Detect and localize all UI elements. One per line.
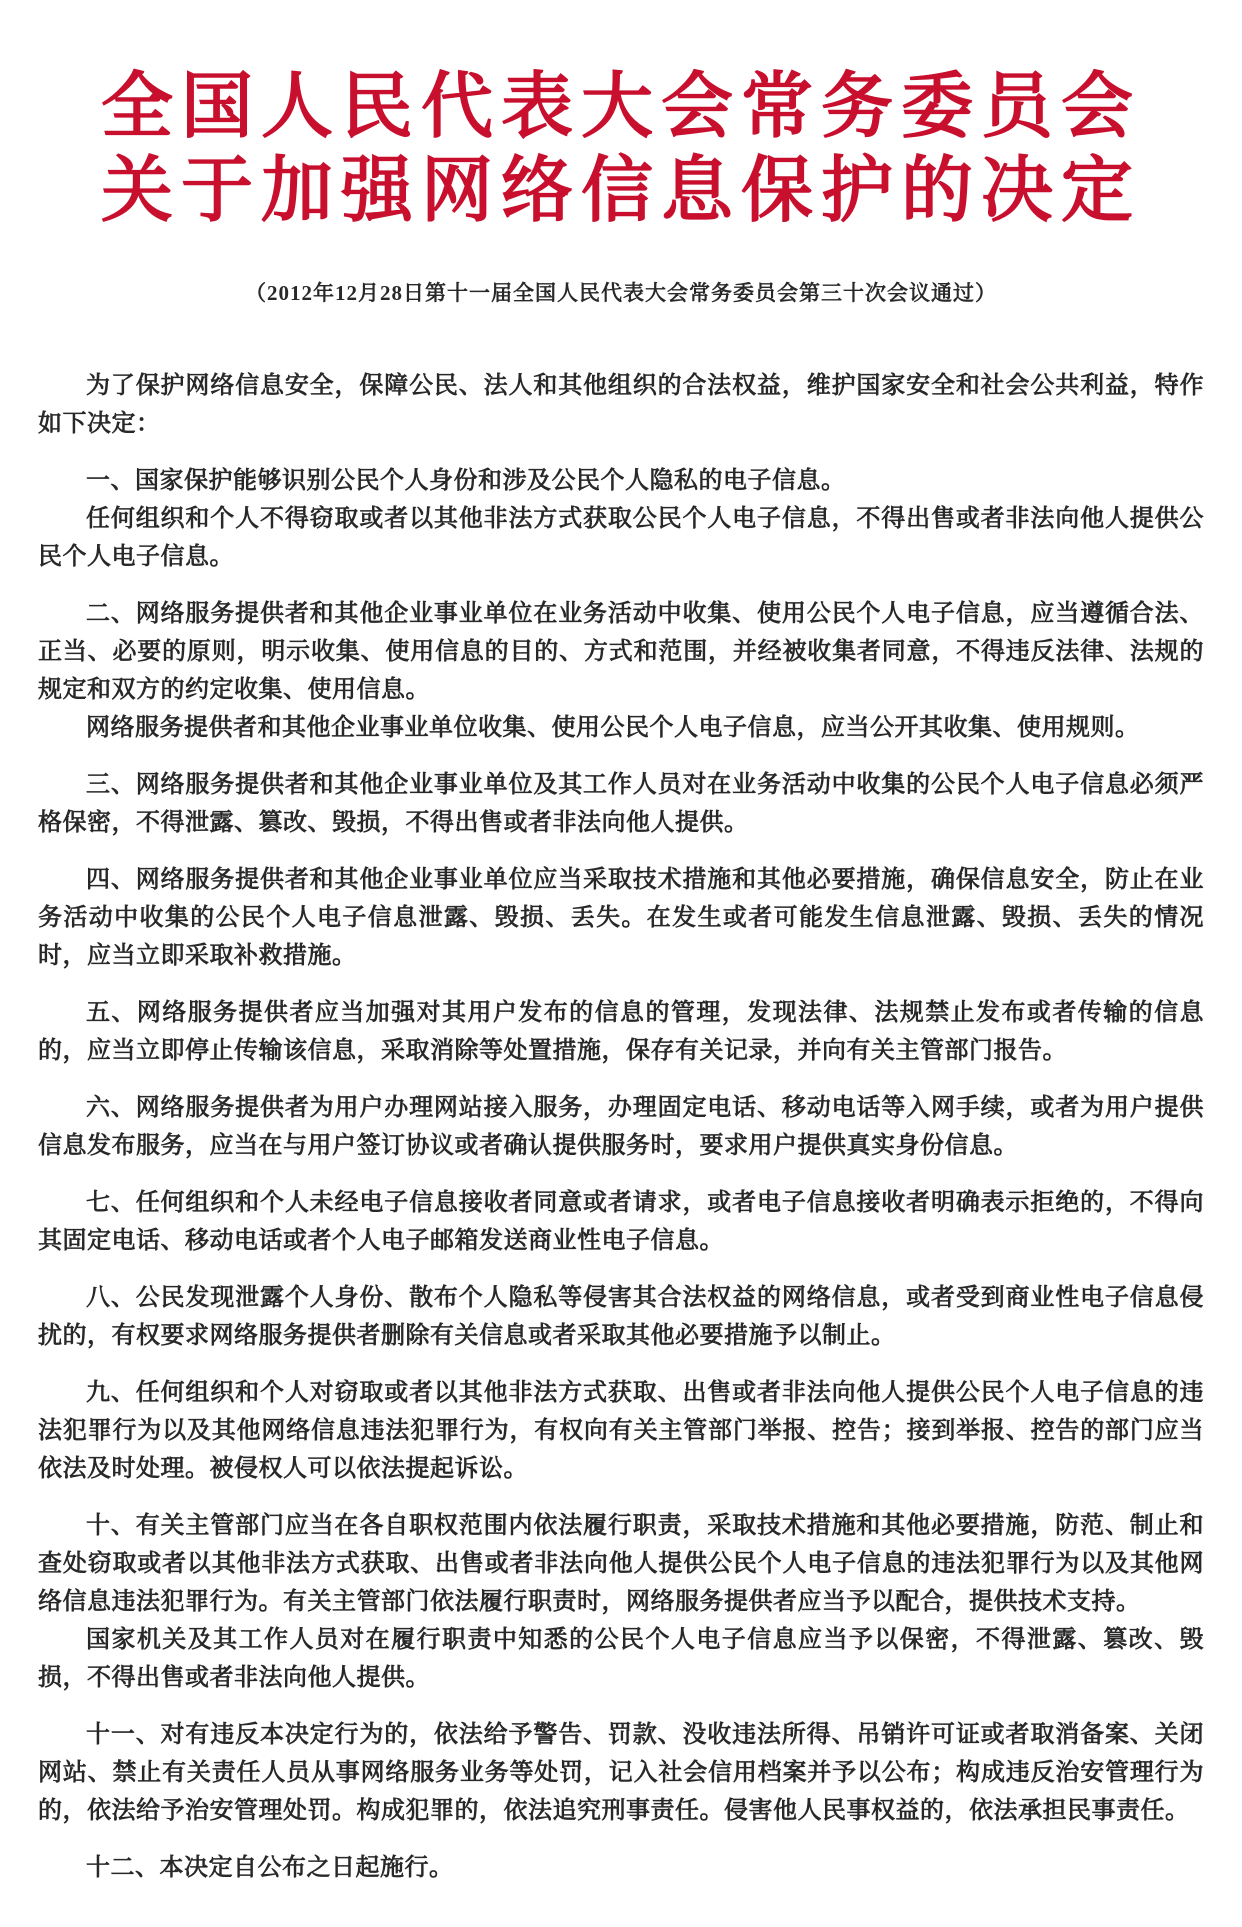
article-7-paragraph-1: 七、任何组织和个人未经电子信息接收者同意或者请求，或者电子信息接收者明确表示拒绝… bbox=[38, 1184, 1204, 1260]
article-11: 十一、对有违反本决定行为的，依法给予警告、罚款、没收违法所得、吊销许可证或者取消… bbox=[38, 1716, 1204, 1830]
document-subtitle: （2012年12月28日第十一届全国人民代表大会常务委员会第三十次会议通过） bbox=[38, 277, 1204, 307]
article-7: 七、任何组织和个人未经电子信息接收者同意或者请求，或者电子信息接收者明确表示拒绝… bbox=[38, 1184, 1204, 1260]
article-10-paragraph-1: 十、有关主管部门应当在各自职权范围内依法履行职责，采取技术措施和其他必要措施，防… bbox=[38, 1507, 1204, 1621]
document-title: 全国人民代表大会常务委员会 关于加强网络信息保护的决定 bbox=[38, 66, 1204, 233]
article-1-paragraph-1: 一、国家保护能够识别公民个人身份和涉及公民个人隐私的电子信息。 bbox=[38, 462, 1204, 500]
article-9: 九、任何组织和个人对窃取或者以其他非法方式获取、出售或者非法向他人提供公民个人电… bbox=[38, 1374, 1204, 1488]
article-1: 一、国家保护能够识别公民个人身份和涉及公民个人隐私的电子信息。 任何组织和个人不… bbox=[38, 462, 1204, 576]
article-6: 六、网络服务提供者为用户办理网站接入服务，办理固定电话、移动电话等入网手续，或者… bbox=[38, 1089, 1204, 1165]
article-5: 五、网络服务提供者应当加强对其用户发布的信息的管理，发现法律、法规禁止发布或者传… bbox=[38, 994, 1204, 1070]
article-1-paragraph-2: 任何组织和个人不得窃取或者以其他非法方式获取公民个人电子信息，不得出售或者非法向… bbox=[38, 500, 1204, 576]
article-8-paragraph-1: 八、公民发现泄露个人身份、散布个人隐私等侵害其合法权益的网络信息，或者受到商业性… bbox=[38, 1279, 1204, 1355]
preamble-paragraph: 为了保护网络信息安全，保障公民、法人和其他组织的合法权益，维护国家安全和社会公共… bbox=[38, 367, 1204, 443]
article-6-paragraph-1: 六、网络服务提供者为用户办理网站接入服务，办理固定电话、移动电话等入网手续，或者… bbox=[38, 1089, 1204, 1165]
title-line-2: 关于加强网络信息保护的决定 bbox=[38, 150, 1204, 234]
article-2-paragraph-2: 网络服务提供者和其他企业事业单位收集、使用公民个人电子信息，应当公开其收集、使用… bbox=[38, 709, 1204, 747]
article-12: 十二、本决定自公布之日起施行。 bbox=[38, 1849, 1204, 1887]
document-header: 全国人民代表大会常务委员会 关于加强网络信息保护的决定 （2012年12月28日… bbox=[38, 66, 1204, 307]
article-9-paragraph-1: 九、任何组织和个人对窃取或者以其他非法方式获取、出售或者非法向他人提供公民个人电… bbox=[38, 1374, 1204, 1488]
article-12-paragraph-1: 十二、本决定自公布之日起施行。 bbox=[38, 1849, 1204, 1887]
article-4-paragraph-1: 四、网络服务提供者和其他企业事业单位应当采取技术措施和其他必要措施，确保信息安全… bbox=[38, 861, 1204, 975]
document-page: 全国人民代表大会常务委员会 关于加强网络信息保护的决定 （2012年12月28日… bbox=[0, 0, 1242, 1927]
article-10-paragraph-2: 国家机关及其工作人员对在履行职责中知悉的公民个人电子信息应当予以保密，不得泄露、… bbox=[38, 1621, 1204, 1697]
article-10: 十、有关主管部门应当在各自职权范围内依法履行职责，采取技术措施和其他必要措施，防… bbox=[38, 1507, 1204, 1697]
article-8: 八、公民发现泄露个人身份、散布个人隐私等侵害其合法权益的网络信息，或者受到商业性… bbox=[38, 1279, 1204, 1355]
title-line-1: 全国人民代表大会常务委员会 bbox=[38, 66, 1204, 150]
article-2-paragraph-1: 二、网络服务提供者和其他企业事业单位在业务活动中收集、使用公民个人电子信息，应当… bbox=[38, 595, 1204, 709]
article-2: 二、网络服务提供者和其他企业事业单位在业务活动中收集、使用公民个人电子信息，应当… bbox=[38, 595, 1204, 747]
article-3-paragraph-1: 三、网络服务提供者和其他企业事业单位及其工作人员对在业务活动中收集的公民个人电子… bbox=[38, 766, 1204, 842]
article-5-paragraph-1: 五、网络服务提供者应当加强对其用户发布的信息的管理，发现法律、法规禁止发布或者传… bbox=[38, 994, 1204, 1070]
article-11-paragraph-1: 十一、对有违反本决定行为的，依法给予警告、罚款、没收违法所得、吊销许可证或者取消… bbox=[38, 1716, 1204, 1830]
document-body: 为了保护网络信息安全，保障公民、法人和其他组织的合法权益，维护国家安全和社会公共… bbox=[38, 367, 1204, 1887]
article-3: 三、网络服务提供者和其他企业事业单位及其工作人员对在业务活动中收集的公民个人电子… bbox=[38, 766, 1204, 842]
article-4: 四、网络服务提供者和其他企业事业单位应当采取技术措施和其他必要措施，确保信息安全… bbox=[38, 861, 1204, 975]
